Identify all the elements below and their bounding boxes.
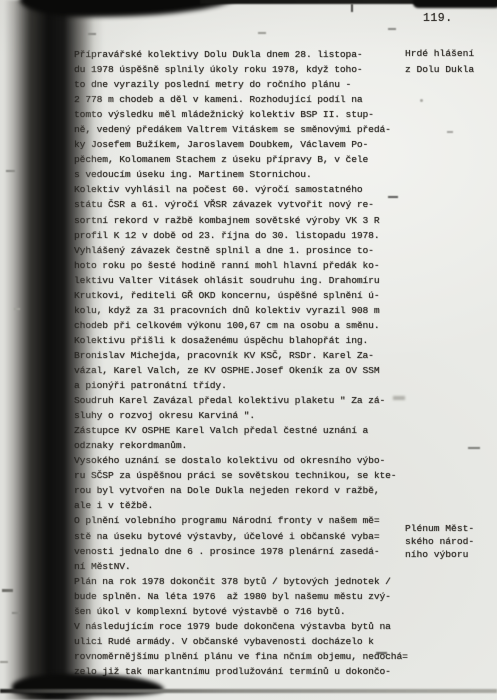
text-line: chodeb při celkovém výkonu 100,67 cm na … [74,318,419,333]
binding-shadow-band [4,0,104,700]
margin-note-hrde-hlaseni: Hrdé hlášeníz Dolu Dukla [405,46,495,77]
text-line: bude splněn. Na léta 1976 až 1980 byl na… [74,589,419,604]
scan-speck [447,131,453,133]
scan-speck [393,396,405,400]
scan-speck [420,99,423,102]
scan-speck [388,196,398,198]
text-line: rovnoměrnějšímu plnění plánu ve fina nčn… [74,649,419,664]
text-line: stě na úseku bytové výstavby, účelové i … [74,529,419,544]
scan-top-edge-right [413,0,497,8]
scan-speck [14,308,20,310]
text-line: ky Josefem Bužíkem, Jaroslavem Doubkem, … [74,137,419,152]
text-line: sortní rekord v ražbě kombajnem sovětské… [74,213,419,228]
text-line: Kolektiv vyhlásil na počest 60. výročí s… [74,182,419,197]
text-line: Krutkovi, řediteli GŘ OKD koncernu, úspě… [74,288,419,303]
text-line: profil K 12 v době od 23. října do 30. l… [74,228,419,243]
text-line: lektivu Valter Vitásek ohlásit soudruhu … [74,273,419,288]
margin-note-line: Hrdé hlášení [405,46,495,62]
scanned-chronicle-page: Přípravářské kolektivy Dolu Dukla dnem 2… [0,0,497,700]
text-line: pěchem, Kolomanem Stachem z úseku přípra… [74,152,419,167]
text-line: Přípravářské kolektivy Dolu Dukla dnem 2… [74,47,419,62]
text-line: Kolektivu přišli k dosaženému úspěchu bl… [74,333,419,348]
text-line: Zástupce KV OSPHE Karel Valch předal čes… [74,423,419,438]
text-line: Vysokého uznání se dostalo kolektivu od … [74,453,419,468]
text-line: hoto roku po šesté hodině ranní mohl hla… [74,258,419,273]
margin-note-line: ního výboru [405,548,495,561]
text-line: Soudruh Karel Zavázal předal kolektivu p… [74,393,419,408]
text-line: tomto výsledku měl mládežnický kolektiv … [74,107,419,122]
scan-speck [88,33,96,35]
text-line: V následujícím roce 1979 bude dokončena … [74,619,419,634]
margin-note-line: Plénum Měst- [405,522,495,535]
text-line: 2 778 m chodeb a děl v kameni. Rozhodují… [74,92,419,107]
text-line: O plnění volebního programu Národní fron… [74,513,419,528]
text-line: Plán na rok 1978 dokončit 378 bytů / byt… [74,574,419,589]
scan-speck [6,170,15,172]
document-body-text: Přípravářské kolektivy Dolu Dukla dnem 2… [74,47,419,679]
scan-speck [2,589,13,592]
scan-speck [351,4,353,12]
text-line: odznaky rekordmanům. [74,438,419,453]
text-line: sluhy o rozvoj okresu Karviná ". [74,408,419,423]
text-line: šen úkol v komplexní bytové výstavbě o 7… [74,604,419,619]
page-number: 119. [423,12,453,25]
scan-bottom-edge-line [0,689,497,693]
text-line: Bronislav Michejda, pracovník KV KSČ, RS… [74,348,419,363]
text-line: s vedoucím úseku ing. Martinem Stornicho… [74,167,419,182]
scan-speck [376,652,387,654]
scan-speck [12,612,20,614]
text-line: du 1978 úspěšně splnily úkoly roku 1978,… [74,62,419,77]
margin-note-plenum: Plénum Měst-ského národ-ního výboru [405,522,495,562]
text-line: Vyhlášený závazek čestně splnil a dne 1.… [74,243,419,258]
text-line: ale i v těžbě. [74,498,419,513]
scan-speck [388,28,396,30]
text-line: ní MěstNV. [74,559,419,574]
scan-speck [258,32,266,34]
margin-note-line: ského národ- [405,535,495,548]
text-line: ulici Rudé armády. V občanské vybavenost… [74,634,419,649]
text-line: ru SČSP za úspěšnou práci se sovětskou t… [74,468,419,483]
text-line: ně, vedený předákem Valtrem Vitáskem se … [74,122,419,137]
scan-speck [0,661,8,663]
scan-speck [468,447,480,449]
text-line: to dne vyrazily poslední metry do ročníh… [74,77,419,92]
text-line: venosti jednalo dne 6 . prosince 1978 pl… [74,544,419,559]
text-line: státu ČSR a 61. výročí VŘSR závazek vytv… [74,197,419,212]
text-line: kolu, když za 31 pracovních dnů kolektiv… [74,303,419,318]
text-line: a pionýři patronátní třídy. [74,378,419,393]
text-line: rou byl vytvořen na Dole Dukla nejeden r… [74,483,419,498]
margin-note-line: z Dolu Dukla [405,62,495,78]
text-line: vázal, Karel Valch, ze KV OSPHE.Josef Ok… [74,363,419,378]
